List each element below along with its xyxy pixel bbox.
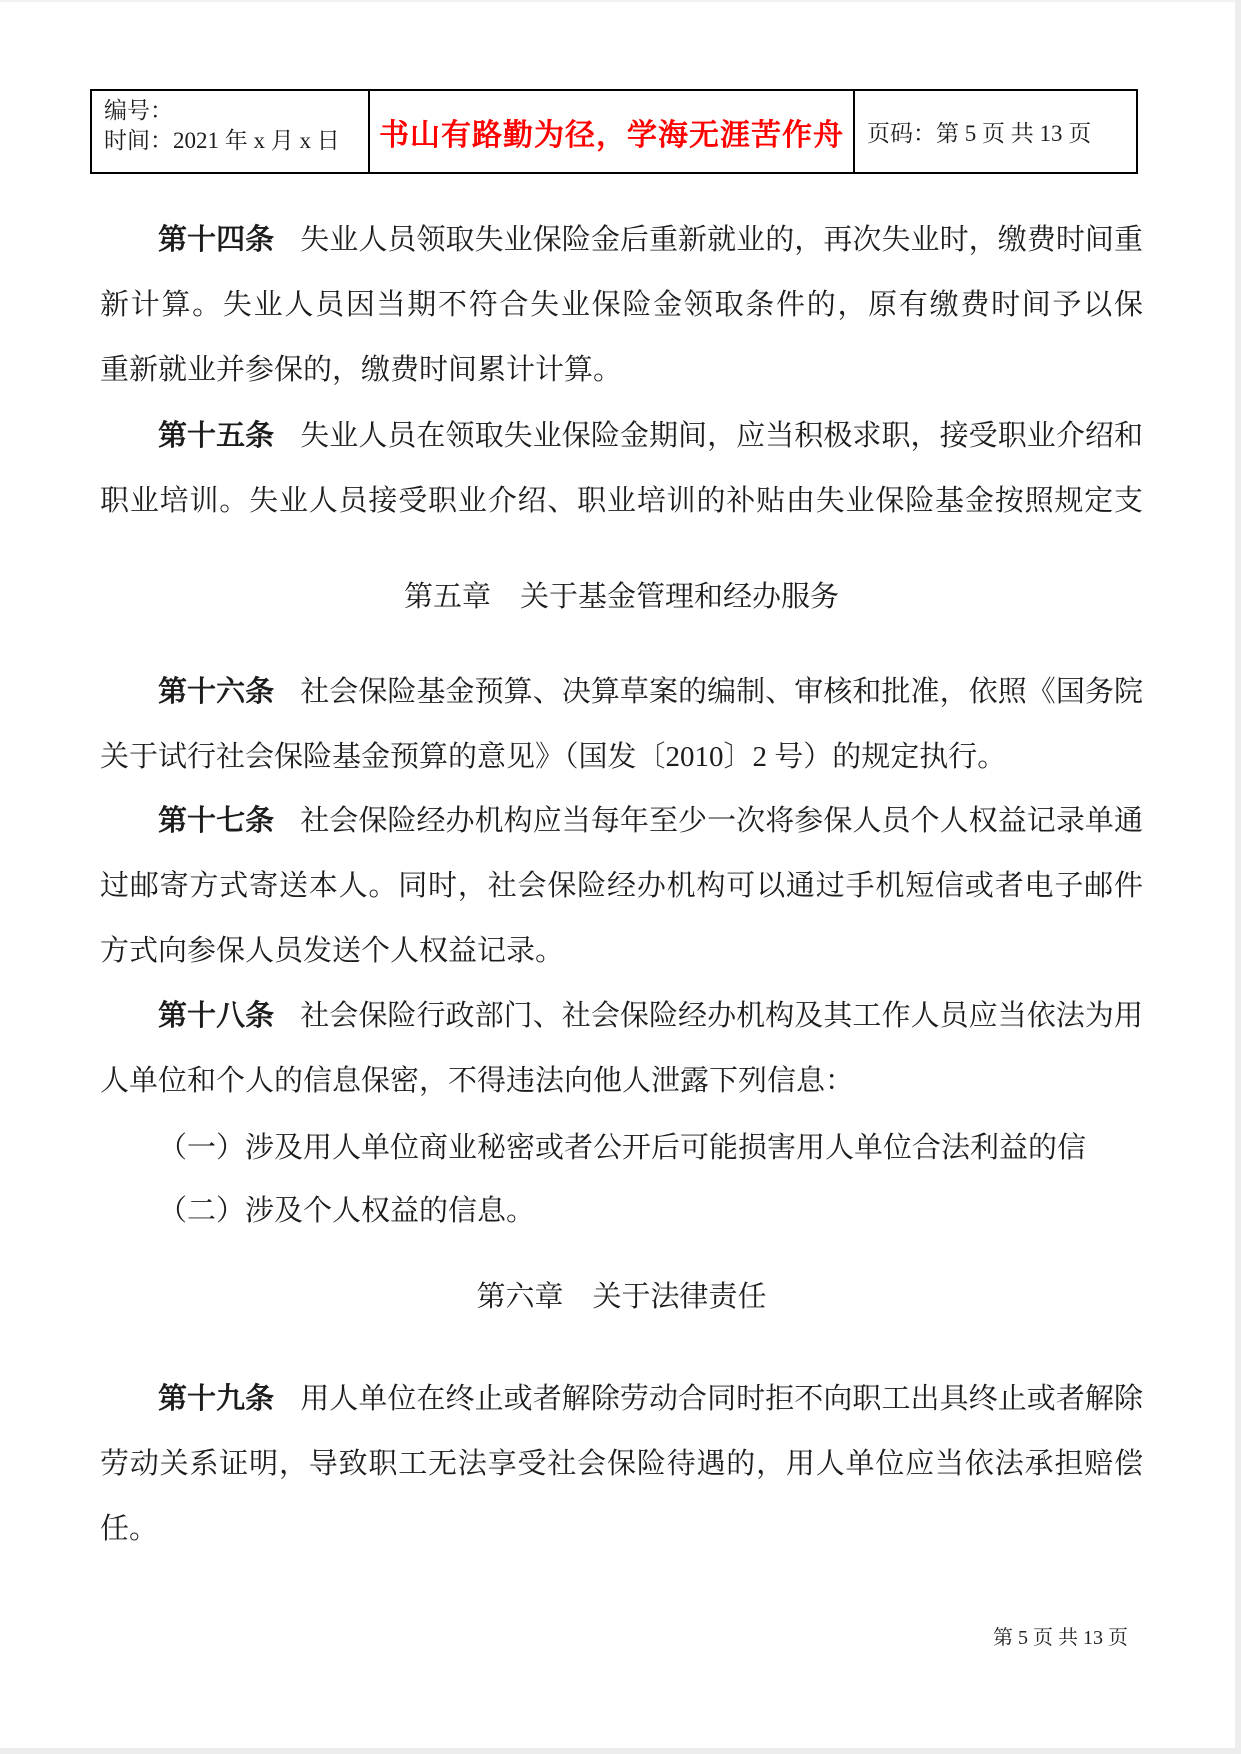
chapter-5-heading: 第五章 关于基金管理和经办服务: [100, 565, 1143, 630]
article-15-label: 第十五条: [158, 420, 274, 452]
article-line: 方式向参保人员发送个人权益记录。: [100, 919, 1143, 984]
article-17: 第十七条社会保险经办机构应当每年至少一次将参保人员个人权益记录单通 过邮寄方式寄…: [100, 789, 1143, 984]
article-line: 过邮寄方式寄送本人。同时，社会保险经办机构可以通过手机短信或者电子邮件等: [100, 854, 1143, 919]
article-16-label: 第十六条: [158, 676, 274, 708]
number-label: 编号：: [104, 96, 368, 126]
article-line-text: 社会保险经办机构应当每年至少一次将参保人员个人权益记录单通: [300, 805, 1143, 837]
article-19: 第十九条用人单位在终止或者解除劳动合同时拒不向职工出具终止或者解除 劳动关系证明…: [100, 1367, 1143, 1562]
article-line: 任。: [100, 1497, 1143, 1562]
article-line: 第十八条社会保险行政部门、社会保险经办机构及其工作人员应当依法为用: [100, 984, 1143, 1049]
header-table: 编号： 时间：2021 年 x 月 x 日 书山有路勤为径，学海无涯苦作舟 页码…: [90, 89, 1138, 174]
article-line-text: 失业人员领取失业保险金后重新就业的，再次失业时，缴费时间重: [300, 224, 1143, 256]
header-cell-page: 页码：第 5 页 共 13 页: [853, 91, 1136, 172]
article-18: 第十八条社会保险行政部门、社会保险经办机构及其工作人员应当依法为用 人单位和个人…: [100, 984, 1143, 1114]
list-item-text: （二）涉及个人权益的信息。: [100, 1179, 1143, 1244]
article-line-text: 社会保险基金预算、决算草案的编制、审核和批准，依照《国务院: [300, 676, 1143, 708]
article-16: 第十六条社会保险基金预算、决算草案的编制、审核和批准，依照《国务院 关于试行社会…: [100, 660, 1143, 790]
article-line-text: 社会保险行政部门、社会保险经办机构及其工作人员应当依法为用: [300, 1000, 1143, 1032]
document-page: 编号： 时间：2021 年 x 月 x 日 书山有路勤为径，学海无涯苦作舟 页码…: [0, 0, 1241, 1754]
article-line: 第十七条社会保险经办机构应当每年至少一次将参保人员个人权益记录单通: [100, 789, 1143, 854]
list-item-2: （二）涉及个人权益的信息。: [100, 1179, 1143, 1244]
article-line: 人单位和个人的信息保密，不得违法向他人泄露下列信息：: [100, 1049, 1143, 1114]
article-line-text: 用人单位在终止或者解除劳动合同时拒不向职工出具终止或者解除: [300, 1383, 1143, 1415]
article-18-label: 第十八条: [158, 1000, 274, 1032]
page-number-label: 页码：第 5 页 共 13 页: [867, 115, 1091, 148]
article-17-label: 第十七条: [158, 805, 274, 837]
article-line: 第十六条社会保险基金预算、决算草案的编制、审核和批准，依照《国务院: [100, 660, 1143, 725]
article-line: 劳动关系证明，导致职工无法享受社会保险待遇的，用人单位应当依法承担赔偿责: [100, 1432, 1143, 1497]
list-item-1: （一）涉及用人单位商业秘密或者公开后可能损害用人单位合法利益的信息；: [100, 1116, 1143, 1181]
article-line: 职业培训。失业人员接受职业介绍、职业培训的补贴由失业保险基金按照规定支付: [100, 469, 1143, 534]
footer-page-number: 第 5 页 共 13 页: [100, 1624, 1128, 1652]
chapter-6-heading: 第六章 关于法律责任: [100, 1265, 1143, 1330]
article-line: 第十四条失业人员领取失业保险金后重新就业的，再次失业时，缴费时间重: [100, 208, 1143, 273]
article-15: 第十五条失业人员在领取失业保险金期间，应当积极求职，接受职业介绍和 职业培训。失…: [100, 404, 1143, 534]
article-line: 第十五条失业人员在领取失业保险金期间，应当积极求职，接受职业介绍和: [100, 404, 1143, 469]
date-label: 时间：2021 年 x 月 x 日: [104, 126, 368, 156]
article-14: 第十四条失业人员领取失业保险金后重新就业的，再次失业时，缴费时间重 新计算。失业…: [100, 208, 1143, 403]
header-cell-number-date: 编号： 时间：2021 年 x 月 x 日: [92, 91, 368, 172]
article-line: 新计算。失业人员因当期不符合失业保险金领取条件的，原有缴费时间予以保留，: [100, 273, 1143, 338]
list-item-text: （一）涉及用人单位商业秘密或者公开后可能损害用人单位合法利益的信息；: [100, 1116, 1143, 1181]
article-line-text: 失业人员在领取失业保险金期间，应当积极求职，接受职业介绍和: [300, 420, 1143, 452]
header-cell-slogan: 书山有路勤为径，学海无涯苦作舟: [368, 91, 853, 172]
article-line: 第十九条用人单位在终止或者解除劳动合同时拒不向职工出具终止或者解除: [100, 1367, 1143, 1432]
slogan-text: 书山有路勤为径，学海无涯苦作舟: [379, 110, 844, 154]
article-19-label: 第十九条: [158, 1383, 274, 1415]
article-line: 重新就业并参保的，缴费时间累计计算。: [100, 338, 1143, 403]
article-14-label: 第十四条: [158, 224, 274, 256]
article-line: 关于试行社会保险基金预算的意见》（国发〔2010〕2 号）的规定执行。: [100, 725, 1143, 790]
